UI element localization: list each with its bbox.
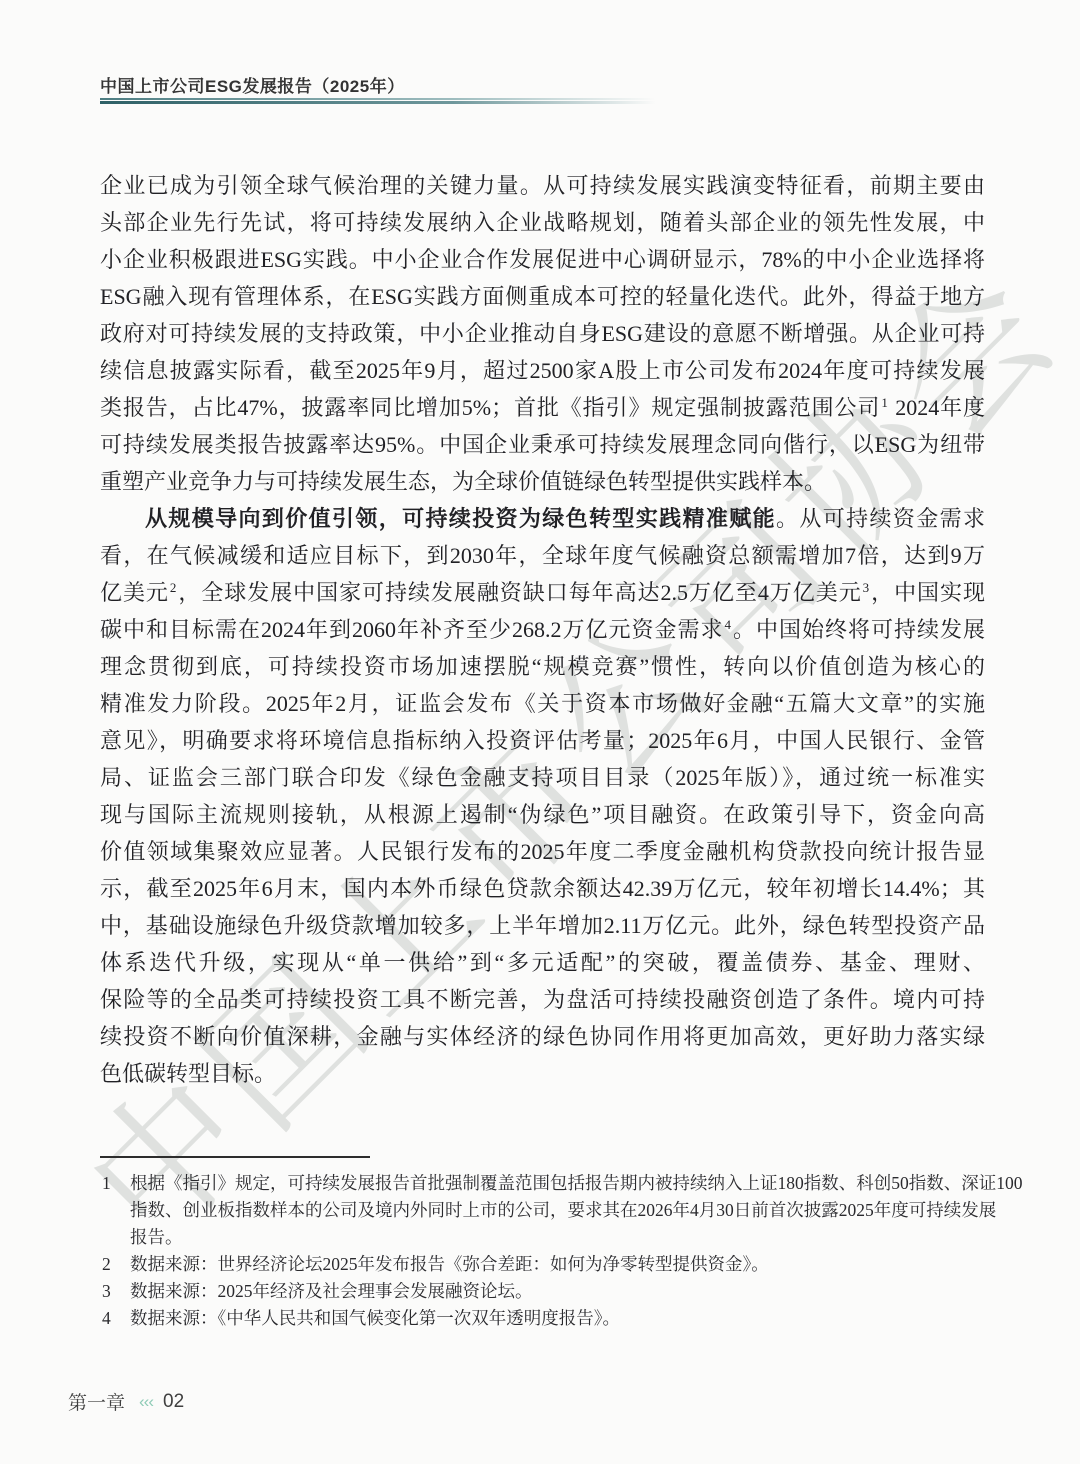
- paragraph-line: 小企业积极跟进ESG实践。中小企业合作发展促进中心调研显示，78%的中小企业选择…: [100, 241, 985, 278]
- paragraph-line: 从规模导向到价值引领，可持续投资为绿色转型实践精准赋能。从可持续资金需求: [100, 500, 985, 537]
- paragraph-line: 可持续发展类报告披露率达95%。中国企业秉承可持续发展理念同向偕行，以ESG为纽…: [100, 426, 985, 463]
- footnote: 1根据《指引》规定，可持续发展报告首批强制覆盖范围包括报告期内被持续纳入上证18…: [100, 1170, 985, 1251]
- chapter-label: 第一章: [68, 1388, 125, 1415]
- header-rule: [100, 98, 982, 106]
- paragraph-line: 局、证监会三部门联合印发《绿色金融支持项目目录（2025年版）》，通过统一标准实: [100, 759, 985, 796]
- footnote-ref: 2: [170, 580, 177, 595]
- page-number: 02: [163, 1391, 184, 1413]
- footnote-line: 根据《指引》规定，可持续发展报告首批强制覆盖范围包括报告期内被持续纳入上证180…: [130, 1170, 985, 1197]
- footnote-number: 4: [102, 1305, 111, 1332]
- paragraph-line: 类报告，占比47%，披露率同比增加5%；首批《指引》规定强制披露范围公司1 20…: [100, 389, 985, 426]
- paragraph-line: 碳中和目标需在2024年到2060年补齐至少268.2万亿元资金需求4。中国始终…: [100, 611, 985, 648]
- footnote-ref: 4: [724, 617, 731, 632]
- footnote-number: 1: [102, 1170, 111, 1197]
- footnote-line: 数据来源：世界经济论坛2025年发布报告《弥合差距：如何为净零转型提供资金》。: [130, 1251, 985, 1278]
- bold-lead-sentence: 从规模导向到价值引领，可持续投资为绿色转型实践精准赋能: [145, 506, 776, 531]
- paragraph-line: 现与国际主流规则接轨，从根源上遏制“伪绿色”项目融资。在政策引导下，资金向高: [100, 796, 985, 833]
- page-footer: 第一章 ‹‹‹ 02: [68, 1388, 184, 1415]
- footnote: 2数据来源：世界经济论坛2025年发布报告《弥合差距：如何为净零转型提供资金》。: [100, 1251, 985, 1278]
- footnote: 4数据来源：《中华人民共和国气候变化第一次双年透明度报告》。: [100, 1305, 985, 1332]
- paragraph-line: 亿美元2，全球发展中国家可持续发展融资缺口每年高达2.5万亿至4万亿美元3，中国…: [100, 574, 985, 611]
- paragraph-line: 色低碳转型目标。: [100, 1055, 985, 1092]
- report-page: 中国上市公司协会 中国上市公司ESG发展报告（2025年） 企业已成为引领全球气…: [0, 0, 1080, 1464]
- paragraph-line: 重塑产业竞争力与可持续发展生态，为全球价值链绿色转型提供实践样本。: [100, 463, 985, 500]
- footnote-ref: 1: [881, 395, 888, 410]
- footnote-line: 报告。: [130, 1224, 985, 1251]
- paragraph-line: 续投资不断向价值深耕，金融与实体经济的绿色协同作用将更加高效，更好助力落实绿: [100, 1018, 985, 1055]
- footnote-number: 2: [102, 1251, 111, 1278]
- paragraph-line: 体系迭代升级，实现从“单一供给”到“多元适配”的突破，覆盖债券、基金、理财、: [100, 944, 985, 981]
- body-text: 企业已成为引领全球气候治理的关键力量。从可持续发展实践演变特征看，前期主要由头部…: [100, 167, 985, 1092]
- footnote-separator: [100, 1156, 370, 1158]
- chevrons-icon: ‹‹‹: [139, 1392, 153, 1412]
- footnote: 3数据来源：2025年经济及社会理事会发展融资论坛。: [100, 1278, 985, 1305]
- footnote-line: 指数、创业板指数样本的公司及境内外同时上市的公司，要求其在2026年4月30日前…: [130, 1197, 985, 1224]
- paragraph-line: 看，在气候减缓和适应目标下，到2030年，全球年度气候融资总额需增加7倍，达到9…: [100, 537, 985, 574]
- paragraph-line: 意见》，明确要求将环境信息指标纳入投资评估考量；2025年6月，中国人民银行、金…: [100, 722, 985, 759]
- page-header-title: 中国上市公司ESG发展报告（2025年）: [100, 72, 405, 97]
- paragraph-line: 政府对可持续发展的支持政策，中小企业推动自身ESG建设的意愿不断增强。从企业可持: [100, 315, 985, 352]
- paragraph-line: 精准发力阶段。2025年2月，证监会发布《关于资本市场做好金融“五篇大文章”的实…: [100, 685, 985, 722]
- paragraph-line: 保险等的全品类可持续投资工具不断完善，为盘活可持续投融资创造了条件。境内可持: [100, 981, 985, 1018]
- footnote-number: 3: [102, 1278, 111, 1305]
- paragraph-line: 续信息披露实际看，截至2025年9月，超过2500家A股上市公司发布2024年度…: [100, 352, 985, 389]
- paragraph-line: 企业已成为引领全球气候治理的关键力量。从可持续发展实践演变特征看，前期主要由: [100, 167, 985, 204]
- paragraph-line: ESG融入现有管理体系，在ESG实践方面侧重成本可控的轻量化迭代。此外，得益于地…: [100, 278, 985, 315]
- footnotes: 1根据《指引》规定，可持续发展报告首批强制覆盖范围包括报告期内被持续纳入上证18…: [100, 1170, 985, 1332]
- paragraph-line: 头部企业先行先试，将可持续发展纳入企业战略规划，随着头部企业的领先性发展，中: [100, 204, 985, 241]
- paragraph-line: 价值领域集聚效应显著。人民银行发布的2025年度二季度金融机构贷款投向统计报告显: [100, 833, 985, 870]
- footnote-line: 数据来源：《中华人民共和国气候变化第一次双年透明度报告》。: [130, 1305, 985, 1332]
- footnote-ref: 3: [863, 580, 870, 595]
- paragraph-line: 示，截至2025年6月末，国内本外币绿色贷款余额达42.39万亿元，较年初增长1…: [100, 870, 985, 907]
- paragraph-line: 中，基础设施绿色升级贷款增加较多，上半年增加2.11万亿元。此外，绿色转型投资产…: [100, 907, 985, 944]
- footnote-line: 数据来源：2025年经济及社会理事会发展融资论坛。: [130, 1278, 985, 1305]
- paragraph-line: 理念贯彻到底，可持续投资市场加速摆脱“规模竞赛”惯性，转向以价值创造为核心的: [100, 648, 985, 685]
